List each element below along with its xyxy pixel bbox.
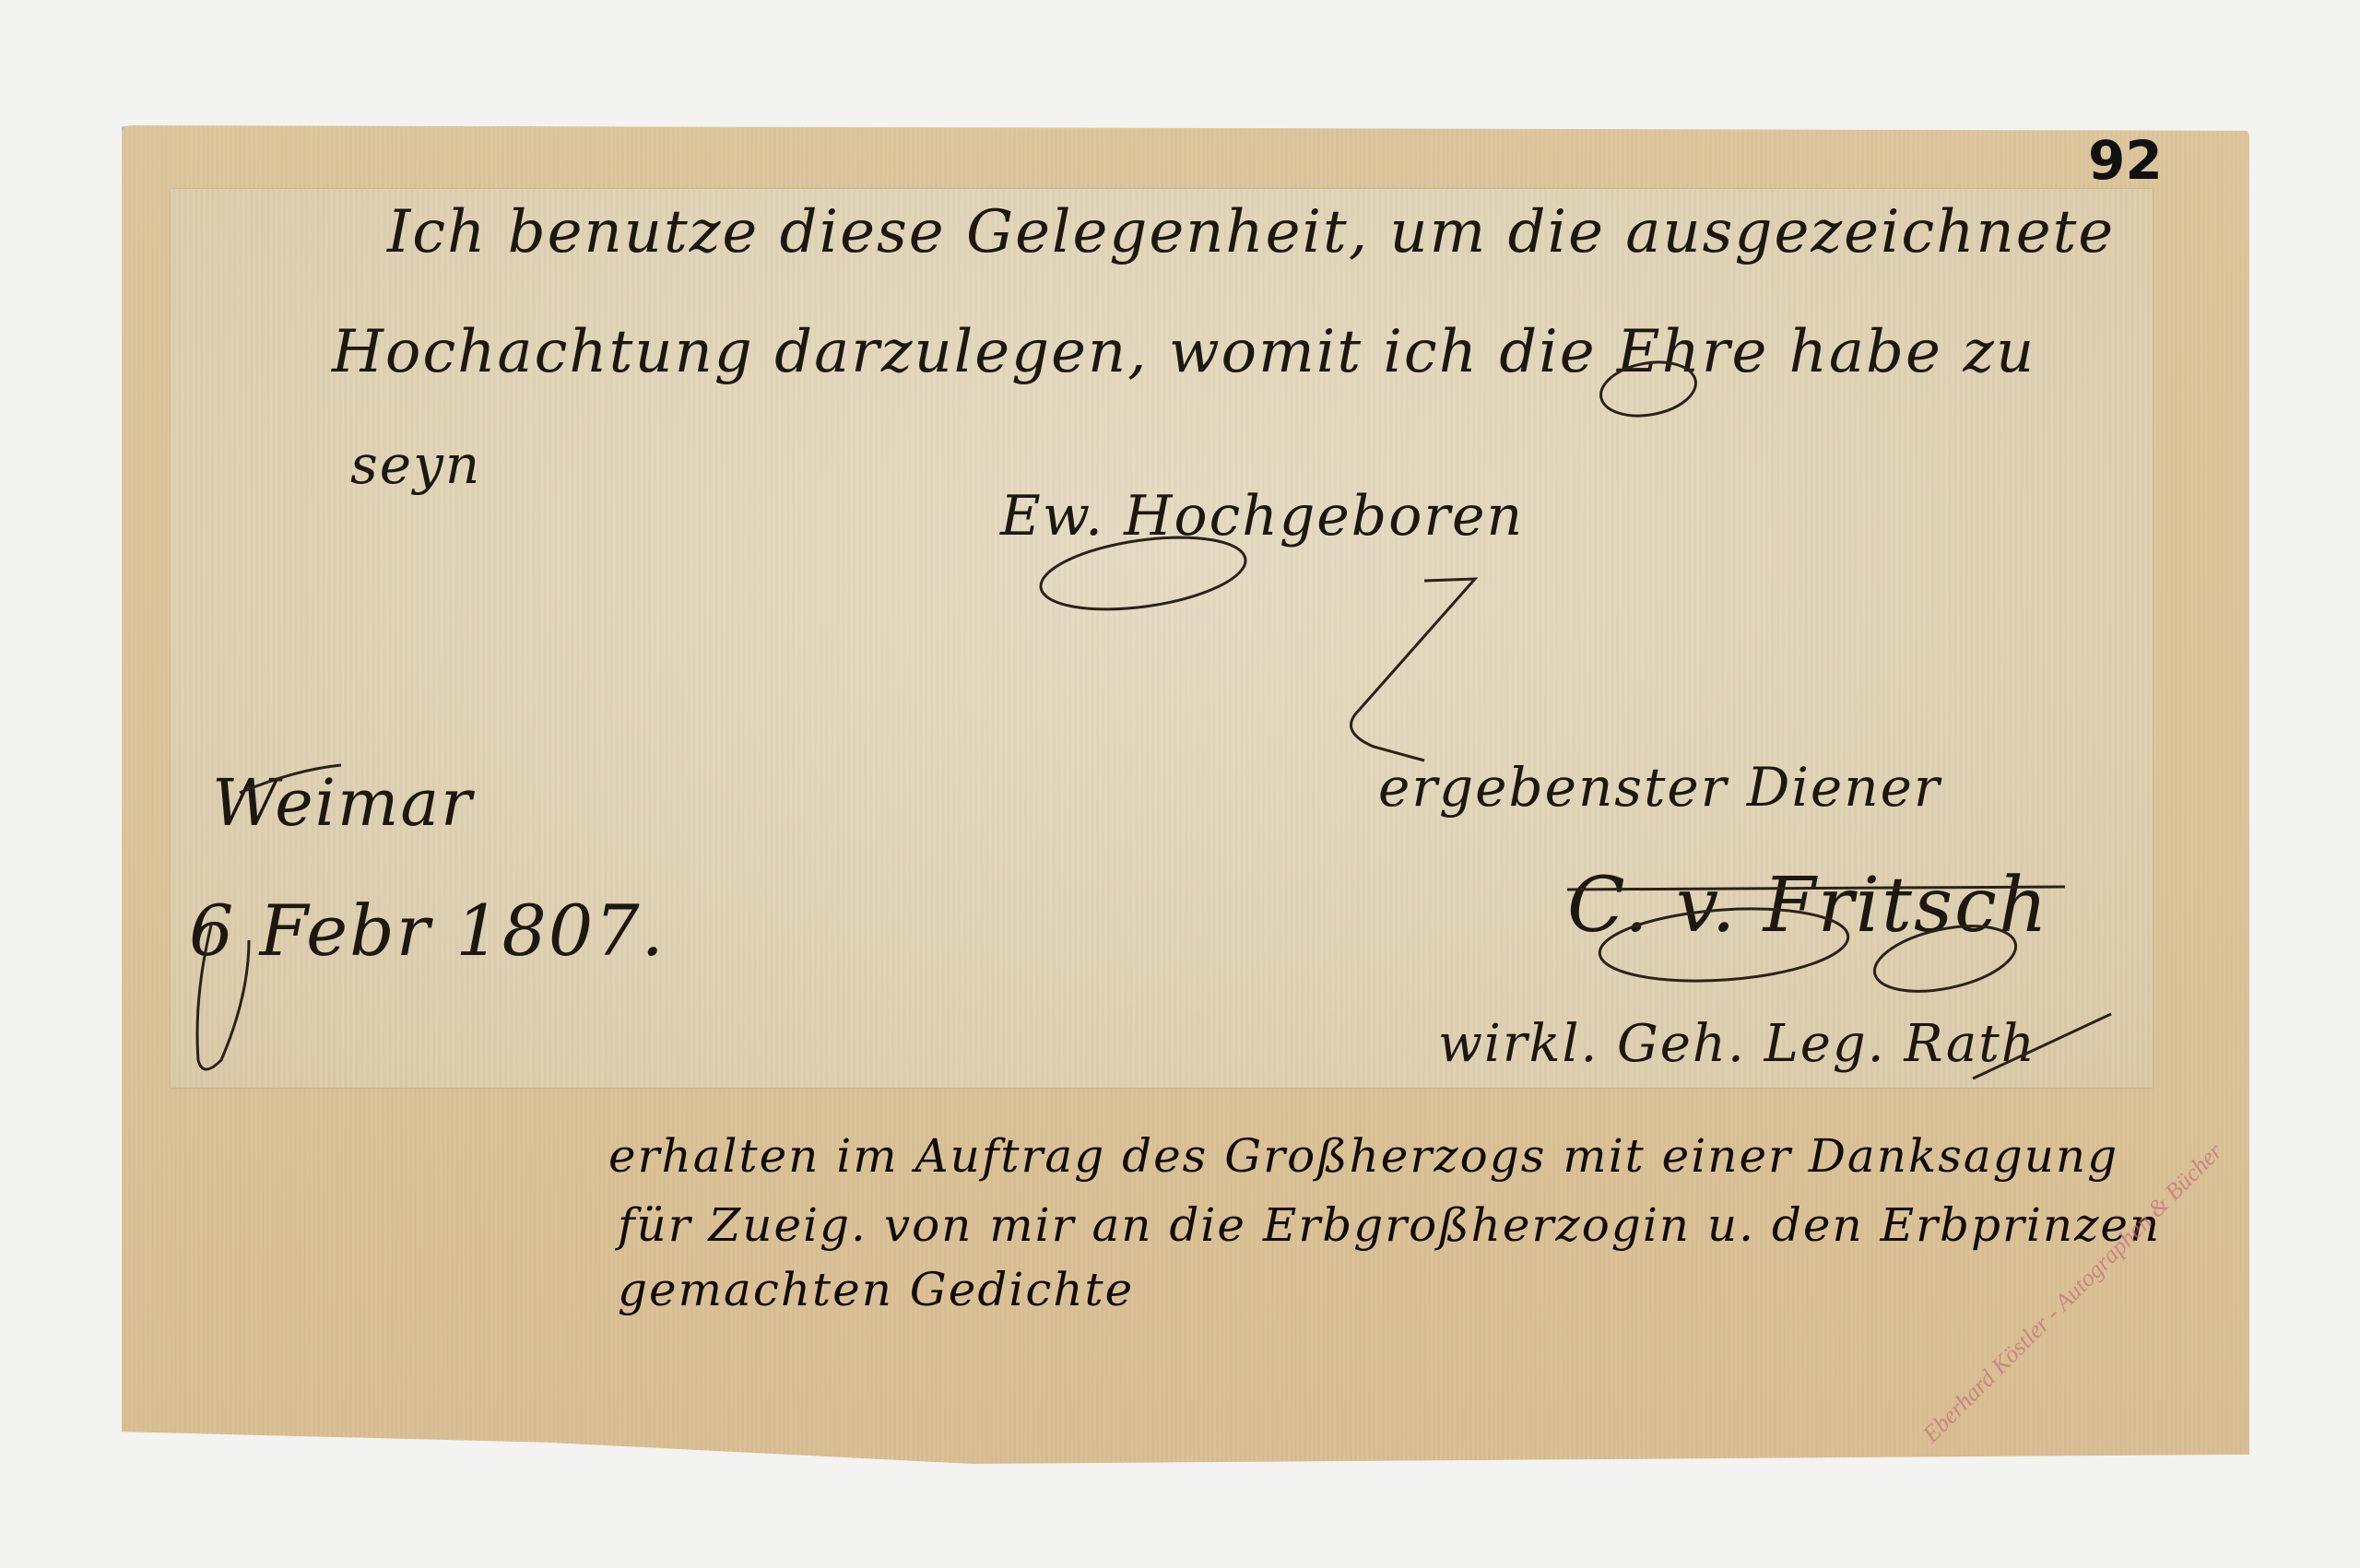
signature: C. v. Fritsch bbox=[1567, 862, 2049, 949]
annotation-line-1: erhalten im Auftrag des Großherzogs mit … bbox=[608, 1129, 2118, 1183]
annotation-line-2: für Zueig. von mir an die Erbgroßherzogi… bbox=[618, 1198, 2161, 1252]
annotation-line-3: gemachten Gedichte bbox=[618, 1263, 1134, 1316]
archive-number: 92 bbox=[2088, 129, 2163, 192]
letter-line-2: Hochachtung darzulegen, womit ich die Eh… bbox=[332, 318, 2035, 386]
letter-line-1: Ich benutze diese Gelegenheit, um die au… bbox=[387, 198, 2115, 266]
closing-phrase: ergebenster Diener bbox=[1378, 756, 1941, 819]
date: 6 Febr 1807. bbox=[189, 890, 666, 972]
signer-title: wirkl. Geh. Leg. Rath bbox=[1438, 1014, 2036, 1074]
place: Weimar bbox=[212, 765, 474, 841]
honorific: Ew. Hochgeboren bbox=[1000, 484, 1524, 548]
letter-line-3: seyn bbox=[350, 433, 481, 496]
